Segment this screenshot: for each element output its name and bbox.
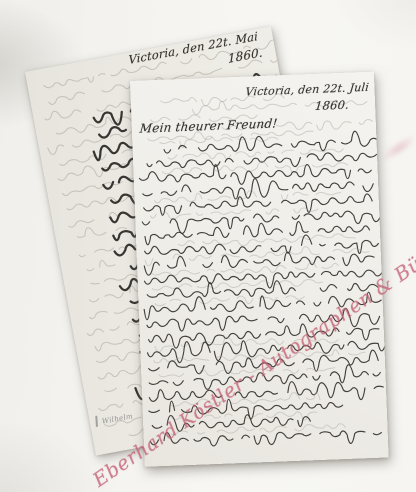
- watermark-ghost-smudge: [372, 126, 416, 169]
- letter-page-front: Victoria, den 22t. Juli 1860. Mein theur…: [130, 72, 389, 467]
- pencil-tick-mark: [95, 416, 98, 427]
- front-page-date-year: 1860.: [314, 98, 349, 113]
- photo-canvas: Victoria, den 22t. Mai 1860. Wilhelm Vic…: [0, 0, 416, 492]
